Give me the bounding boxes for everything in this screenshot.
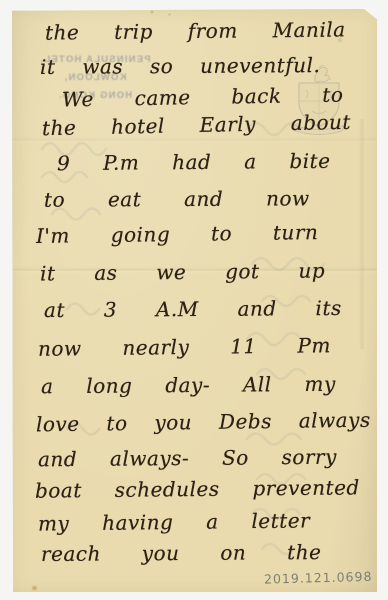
letter-line: We came back to: [62, 83, 344, 112]
letter-line: to eat and now: [44, 186, 310, 211]
stain-spot: [31, 585, 38, 591]
letter-line: now nearly 11 Pm: [38, 333, 331, 361]
catalog-number: 2019.121.0698 b: [264, 568, 387, 586]
letter-line: the hotel Early about: [42, 110, 351, 140]
letter-line: I'm going to turn: [36, 220, 319, 248]
letter-line: love to you Debs always: [36, 408, 371, 437]
letter-line: reach you on the: [41, 540, 322, 566]
letter-line: boat schedules prevented: [35, 475, 360, 502]
letter-line: it was so uneventful.: [40, 53, 320, 79]
stain-spot: [150, 10, 154, 14]
letter-line: and always- So sorry: [38, 445, 337, 472]
letter-line: at 3 A.M and its: [44, 296, 342, 322]
scan-background: PENINSULA HOTEL. KOWLOON, HONG KONG.: [0, 0, 388, 600]
letter-paper: PENINSULA HOTEL. KOWLOON, HONG KONG.: [12, 9, 377, 592]
letter-line: 9 P.m had a bite: [57, 149, 331, 175]
paper-crease: [359, 119, 365, 349]
stain-spot: [168, 13, 171, 16]
letter-line: a long day- All my: [41, 372, 336, 399]
letter-line: my having a letter: [38, 508, 310, 535]
letter-line: it as we got up: [40, 259, 325, 286]
letter-line: the trip from Manila: [45, 17, 346, 44]
